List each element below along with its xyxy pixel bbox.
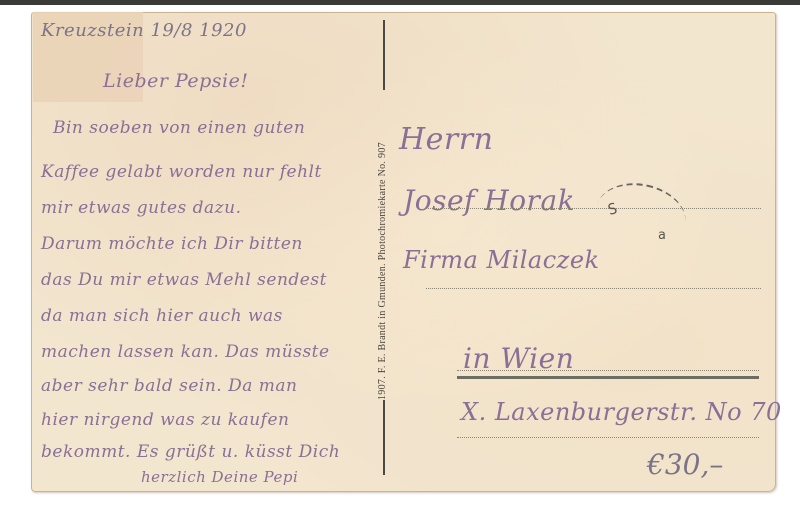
- postmark-arc: [591, 175, 692, 254]
- postmark: S a: [586, 180, 696, 260]
- divider-rule-bottom: [383, 400, 385, 475]
- price-note: €30,–: [647, 448, 723, 481]
- message-line: machen lassen kan. Das müsste: [41, 342, 330, 362]
- address-line-3: Firma Milaczek: [403, 246, 600, 274]
- publisher-imprint: 1907. F. E. Brandt in Gmunden. Photochro…: [377, 142, 388, 400]
- divider-rule-top: [383, 20, 385, 90]
- address-line-2: Josef Horak: [403, 184, 575, 217]
- message-line: Kaffee gelabt worden nur fehlt: [41, 162, 322, 182]
- salutation: Lieber Pepsie!: [103, 70, 249, 92]
- place-date: Kreuzstein 19/8 1920: [41, 20, 247, 41]
- message-line: hier nirgend was zu kaufen: [41, 410, 289, 430]
- postmark-text: a: [658, 228, 666, 243]
- address-rule: [457, 437, 759, 438]
- message-line: Bin soeben von einen guten: [53, 118, 305, 138]
- address-rule: [426, 288, 761, 289]
- message-line: das Du mir etwas Mehl sendest: [41, 270, 327, 290]
- message-line: bekommt. Es grüßt u. küsst Dich: [41, 442, 340, 462]
- closing: herzlich Deine Pepi: [141, 468, 298, 486]
- message-line: da man sich hier auch was: [41, 306, 283, 326]
- address-line-5: X. Laxenburgerstr. No 70: [461, 398, 782, 426]
- message-line: Darum möchte ich Dir bitten: [41, 234, 303, 254]
- address-line-1: Herrn: [399, 122, 493, 157]
- message-line: aber sehr bald sein. Da man: [41, 376, 297, 396]
- scan-edge: [0, 0, 800, 5]
- address-rule: [457, 370, 759, 371]
- address-bar: [457, 376, 759, 379]
- postcard-back: Kreuzstein 19/8 1920 Lieber Pepsie! Bin …: [31, 12, 776, 492]
- message-line: mir etwas gutes dazu.: [41, 198, 241, 218]
